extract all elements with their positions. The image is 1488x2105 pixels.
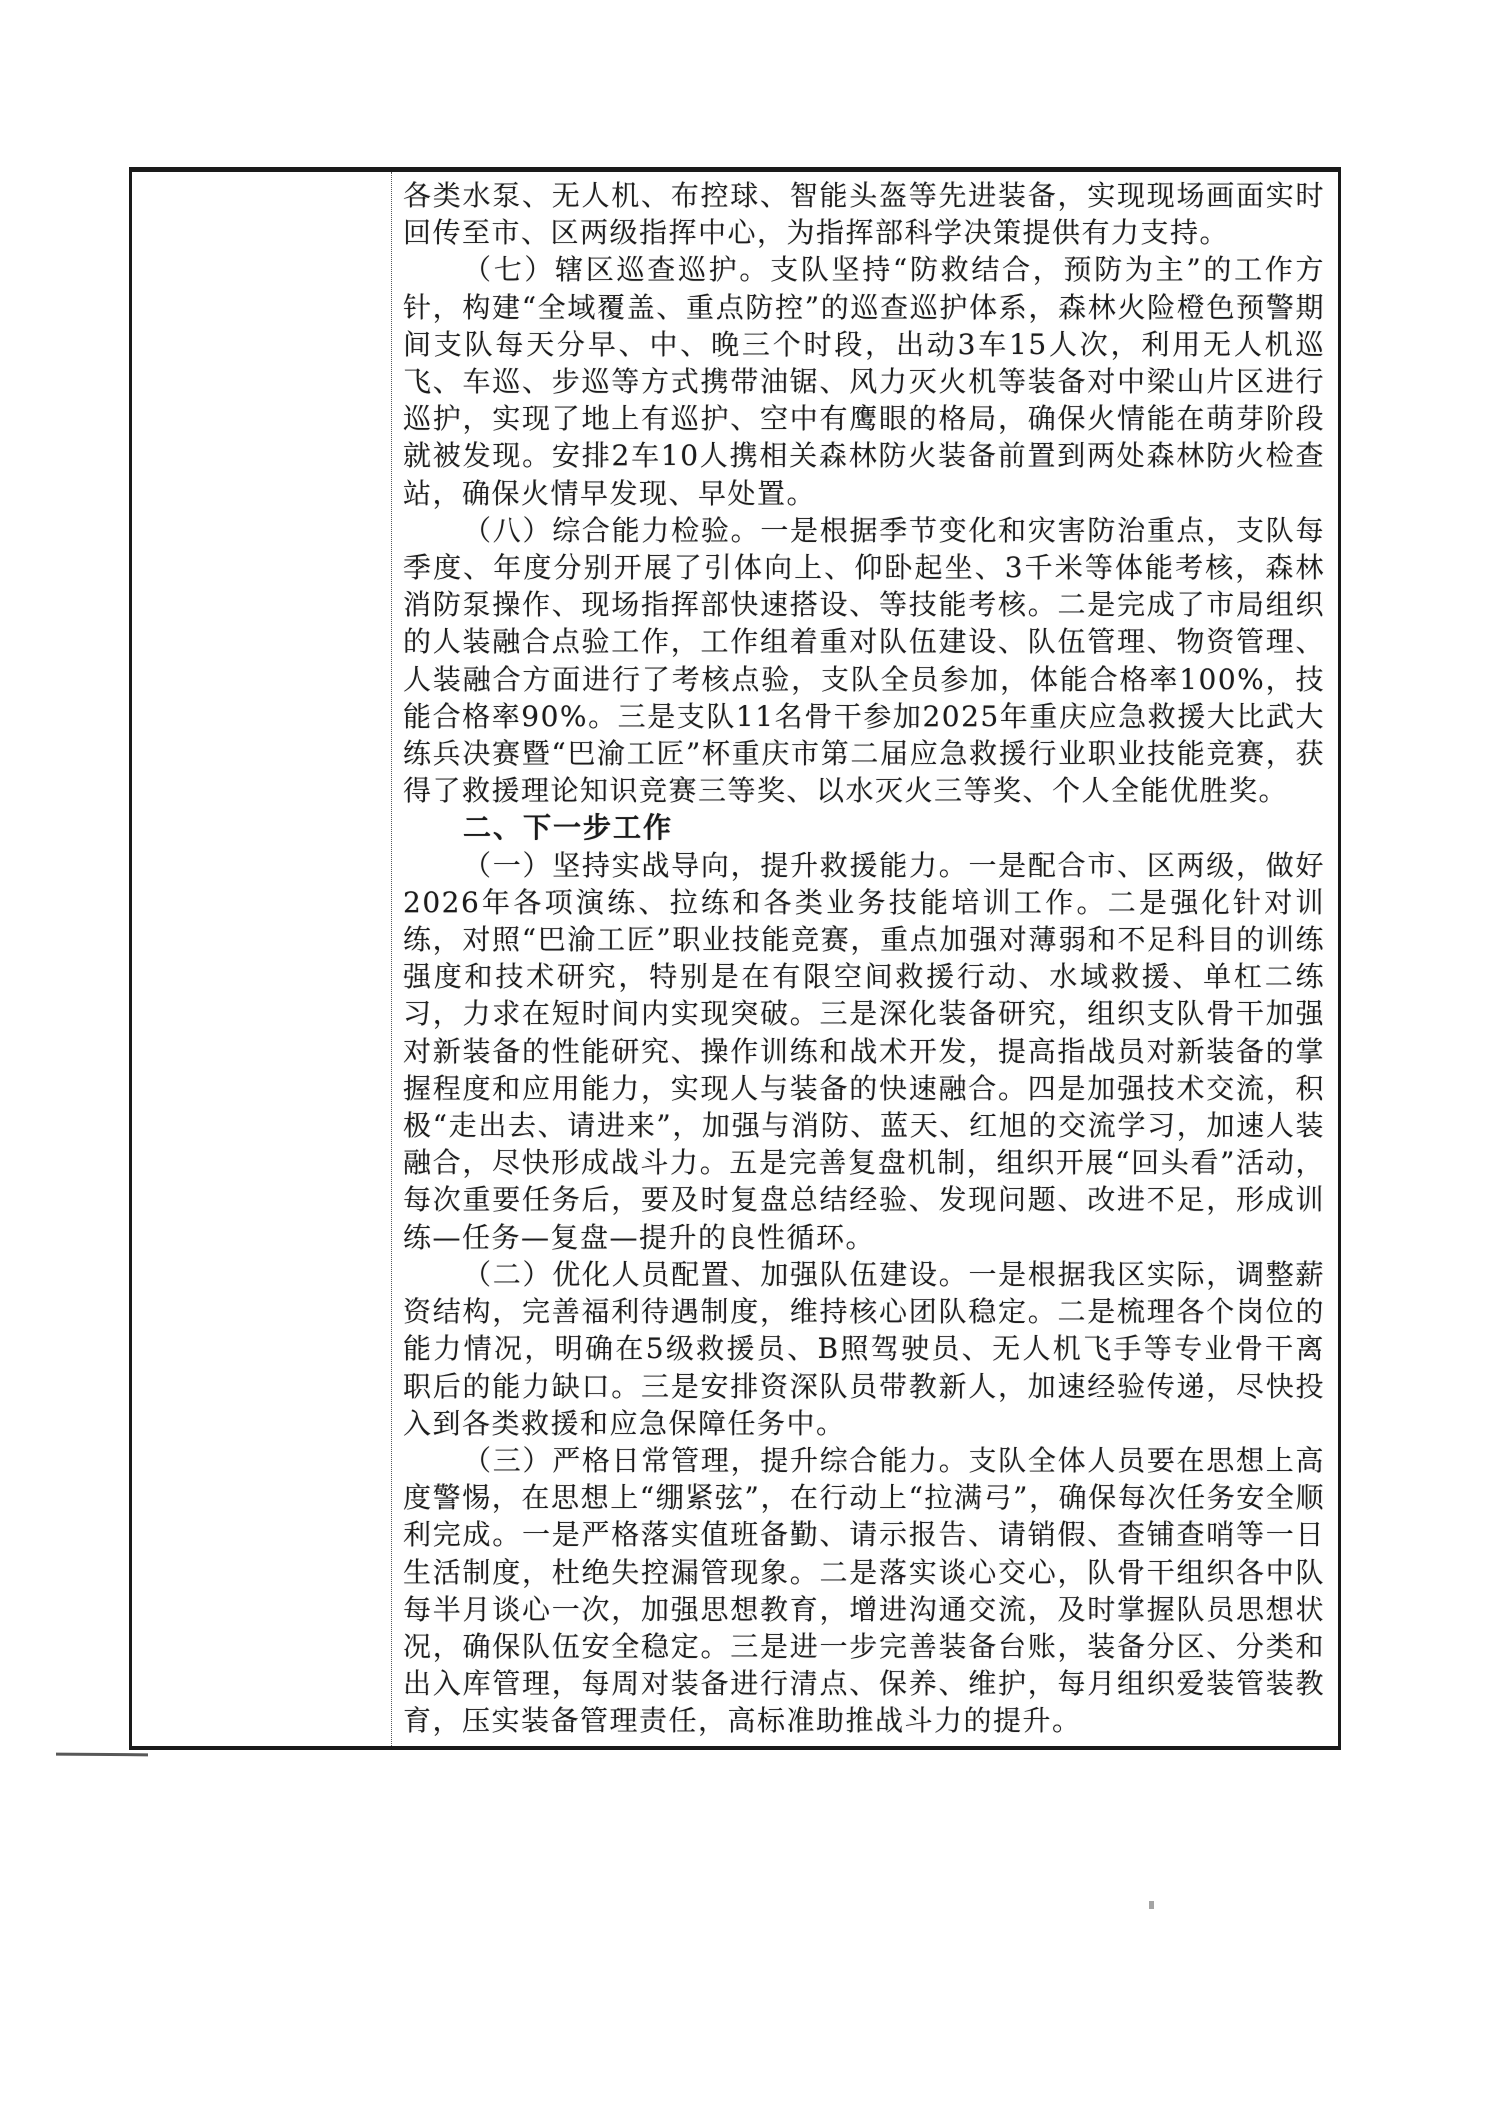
paragraph-continuation: 各类水泵、无人机、布控球、智能头盔等先进装备，实现现场画面实时回传至市、区两级指… <box>403 177 1325 251</box>
document-table: 各类水泵、无人机、布控球、智能头盔等先进装备，实现现场画面实时回传至市、区两级指… <box>129 167 1341 1750</box>
table-content-cell: 各类水泵、无人机、布控球、智能头盔等先进装备，实现现场画面实时回传至市、区两级指… <box>392 172 1338 1746</box>
section-heading-next-steps: 二、下一步工作 <box>403 809 1325 846</box>
scan-artifact-line <box>56 1753 148 1757</box>
paragraph-next-step-1: （一）坚持实战导向，提升救援能力。一是配合市、区两级，做好2026年各项演练、拉… <box>403 847 1325 1256</box>
table-left-cell-empty <box>132 172 392 1746</box>
scanned-document-page: { "colors": { "page_background": "#fffff… <box>0 0 1488 2105</box>
paragraph-section-7: （七）辖区巡查巡护。支队坚持“防救结合，预防为主”的工作方针，构建“全域覆盖、重… <box>403 251 1325 511</box>
paragraph-next-step-3: （三）严格日常管理，提升综合能力。支队全体人员要在思想上高度警惕，在思想上“绷紧… <box>403 1442 1325 1740</box>
scan-artifact-dot <box>1149 1901 1154 1909</box>
paragraph-next-step-2: （二）优化人员配置、加强队伍建设。一是根据我区实际，调整薪资结构，完善福利待遇制… <box>403 1256 1325 1442</box>
paragraph-section-8: （八）综合能力检验。一是根据季节变化和灾害防治重点，支队每季度、年度分别开展了引… <box>403 512 1325 810</box>
